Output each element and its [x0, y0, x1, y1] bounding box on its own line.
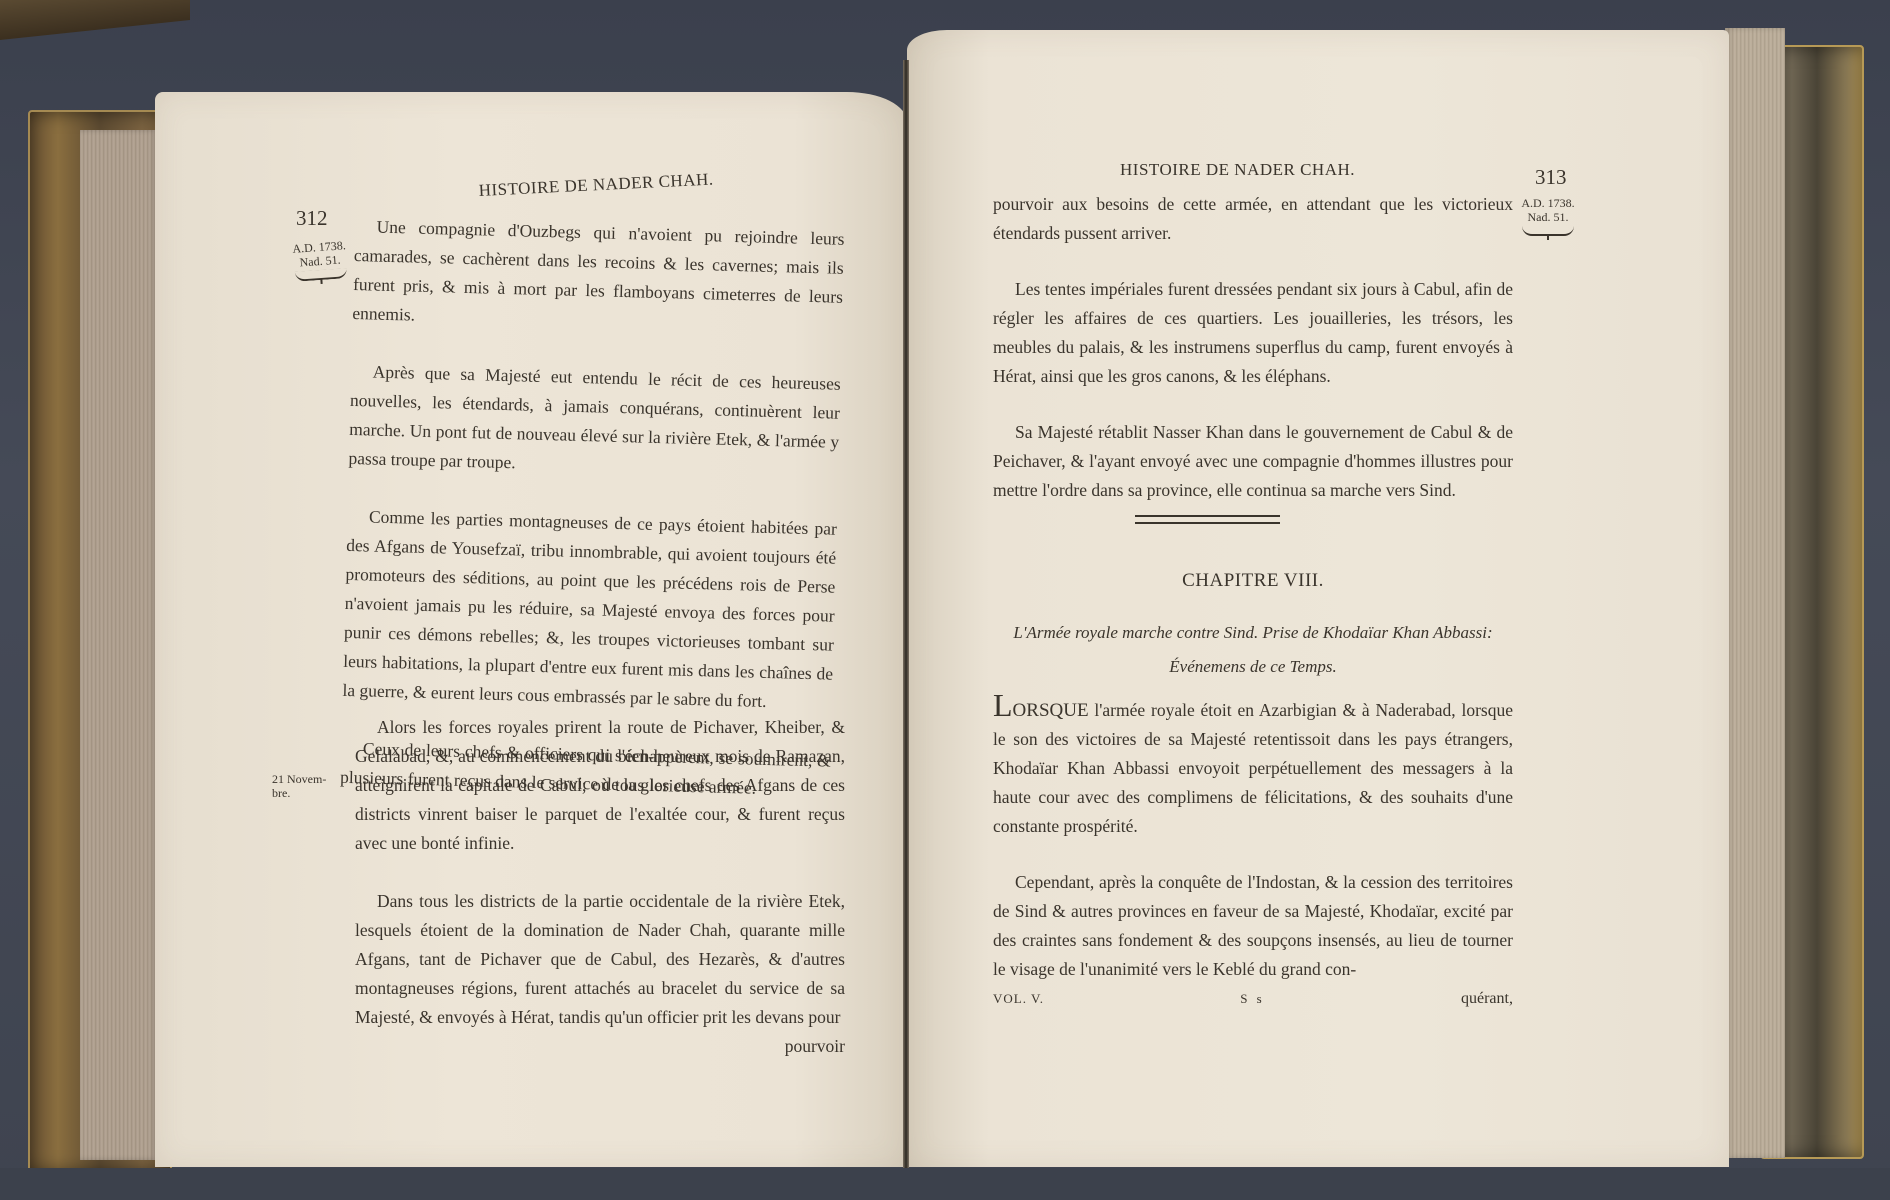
opening-smallcaps: ORSQUE — [1013, 700, 1089, 721]
right-running-head: HISTOIRE DE NADER CHAH. — [1120, 155, 1355, 184]
paragraph: Cependant, après la conquête de l'Indost… — [993, 868, 1513, 984]
page-footer: VOL. V. S s quérant, — [993, 984, 1513, 1013]
adjacent-book-edge — [0, 0, 190, 40]
chapter-subtitle-line2: Événemens de ce Temps. — [993, 652, 1513, 682]
right-text-block-2: LORSQUE l'armée royale étoit en Azarbigi… — [993, 695, 1513, 1013]
margin-note-year: A.D. 1738. — [1515, 196, 1581, 210]
margin-note-nad: Nad. 51. — [290, 252, 351, 270]
paragraph: Sa Majesté rétablit Nasser Khan dans le … — [993, 418, 1513, 505]
left-text-block-2: Alors les forces royales prirent la rout… — [355, 713, 845, 1061]
book-gutter — [903, 60, 909, 1170]
chapter-title: CHAPITRE VIII. — [993, 566, 1513, 595]
paragraph: Comme les parties montagneuses de ce pay… — [342, 502, 837, 718]
paragraph: Dans tous les districts de la partie occ… — [355, 887, 845, 1032]
chapter-divider-rule — [1135, 515, 1280, 524]
table-surface — [0, 1168, 1890, 1200]
paragraph: Une compagnie d'Ouzbegs qui n'avoient pu… — [352, 212, 845, 341]
chapter-subtitle-line1: L'Armée royale marche contre Sind. Prise… — [993, 618, 1513, 648]
left-page-block-edge — [80, 130, 158, 1160]
left-folio: 312 — [296, 204, 328, 233]
paragraph: Après que sa Majesté eut entendu le réci… — [348, 357, 841, 486]
margin-note-nad: Nad. 51. — [1515, 210, 1581, 224]
right-text-block-1: pourvoir aux besoins de cette armée, en … — [993, 190, 1513, 505]
right-catchword: quérant, — [1461, 984, 1513, 1013]
right-folio: 313 — [1535, 163, 1567, 192]
volume-label: VOL. V. — [993, 984, 1044, 1013]
left-catchword: pourvoir — [355, 1032, 845, 1061]
right-margin-note-date: A.D. 1738. Nad. 51. — [1515, 196, 1581, 236]
paragraph: Alors les forces royales prirent la rout… — [355, 713, 845, 858]
signature-mark: S s — [1240, 984, 1265, 1013]
chapter-opening-paragraph: LORSQUE l'armée royale étoit en Azarbigi… — [993, 695, 1513, 841]
left-margin-note-date: A.D. 1738. Nad. 51. — [289, 238, 352, 282]
paragraph: Les tentes impériales furent dressées pe… — [993, 275, 1513, 391]
drop-cap: L — [993, 687, 1013, 723]
paragraph: pourvoir aux besoins de cette armée, en … — [993, 190, 1513, 248]
right-page-block-edge — [1725, 28, 1785, 1158]
brace-mark — [1522, 226, 1574, 236]
